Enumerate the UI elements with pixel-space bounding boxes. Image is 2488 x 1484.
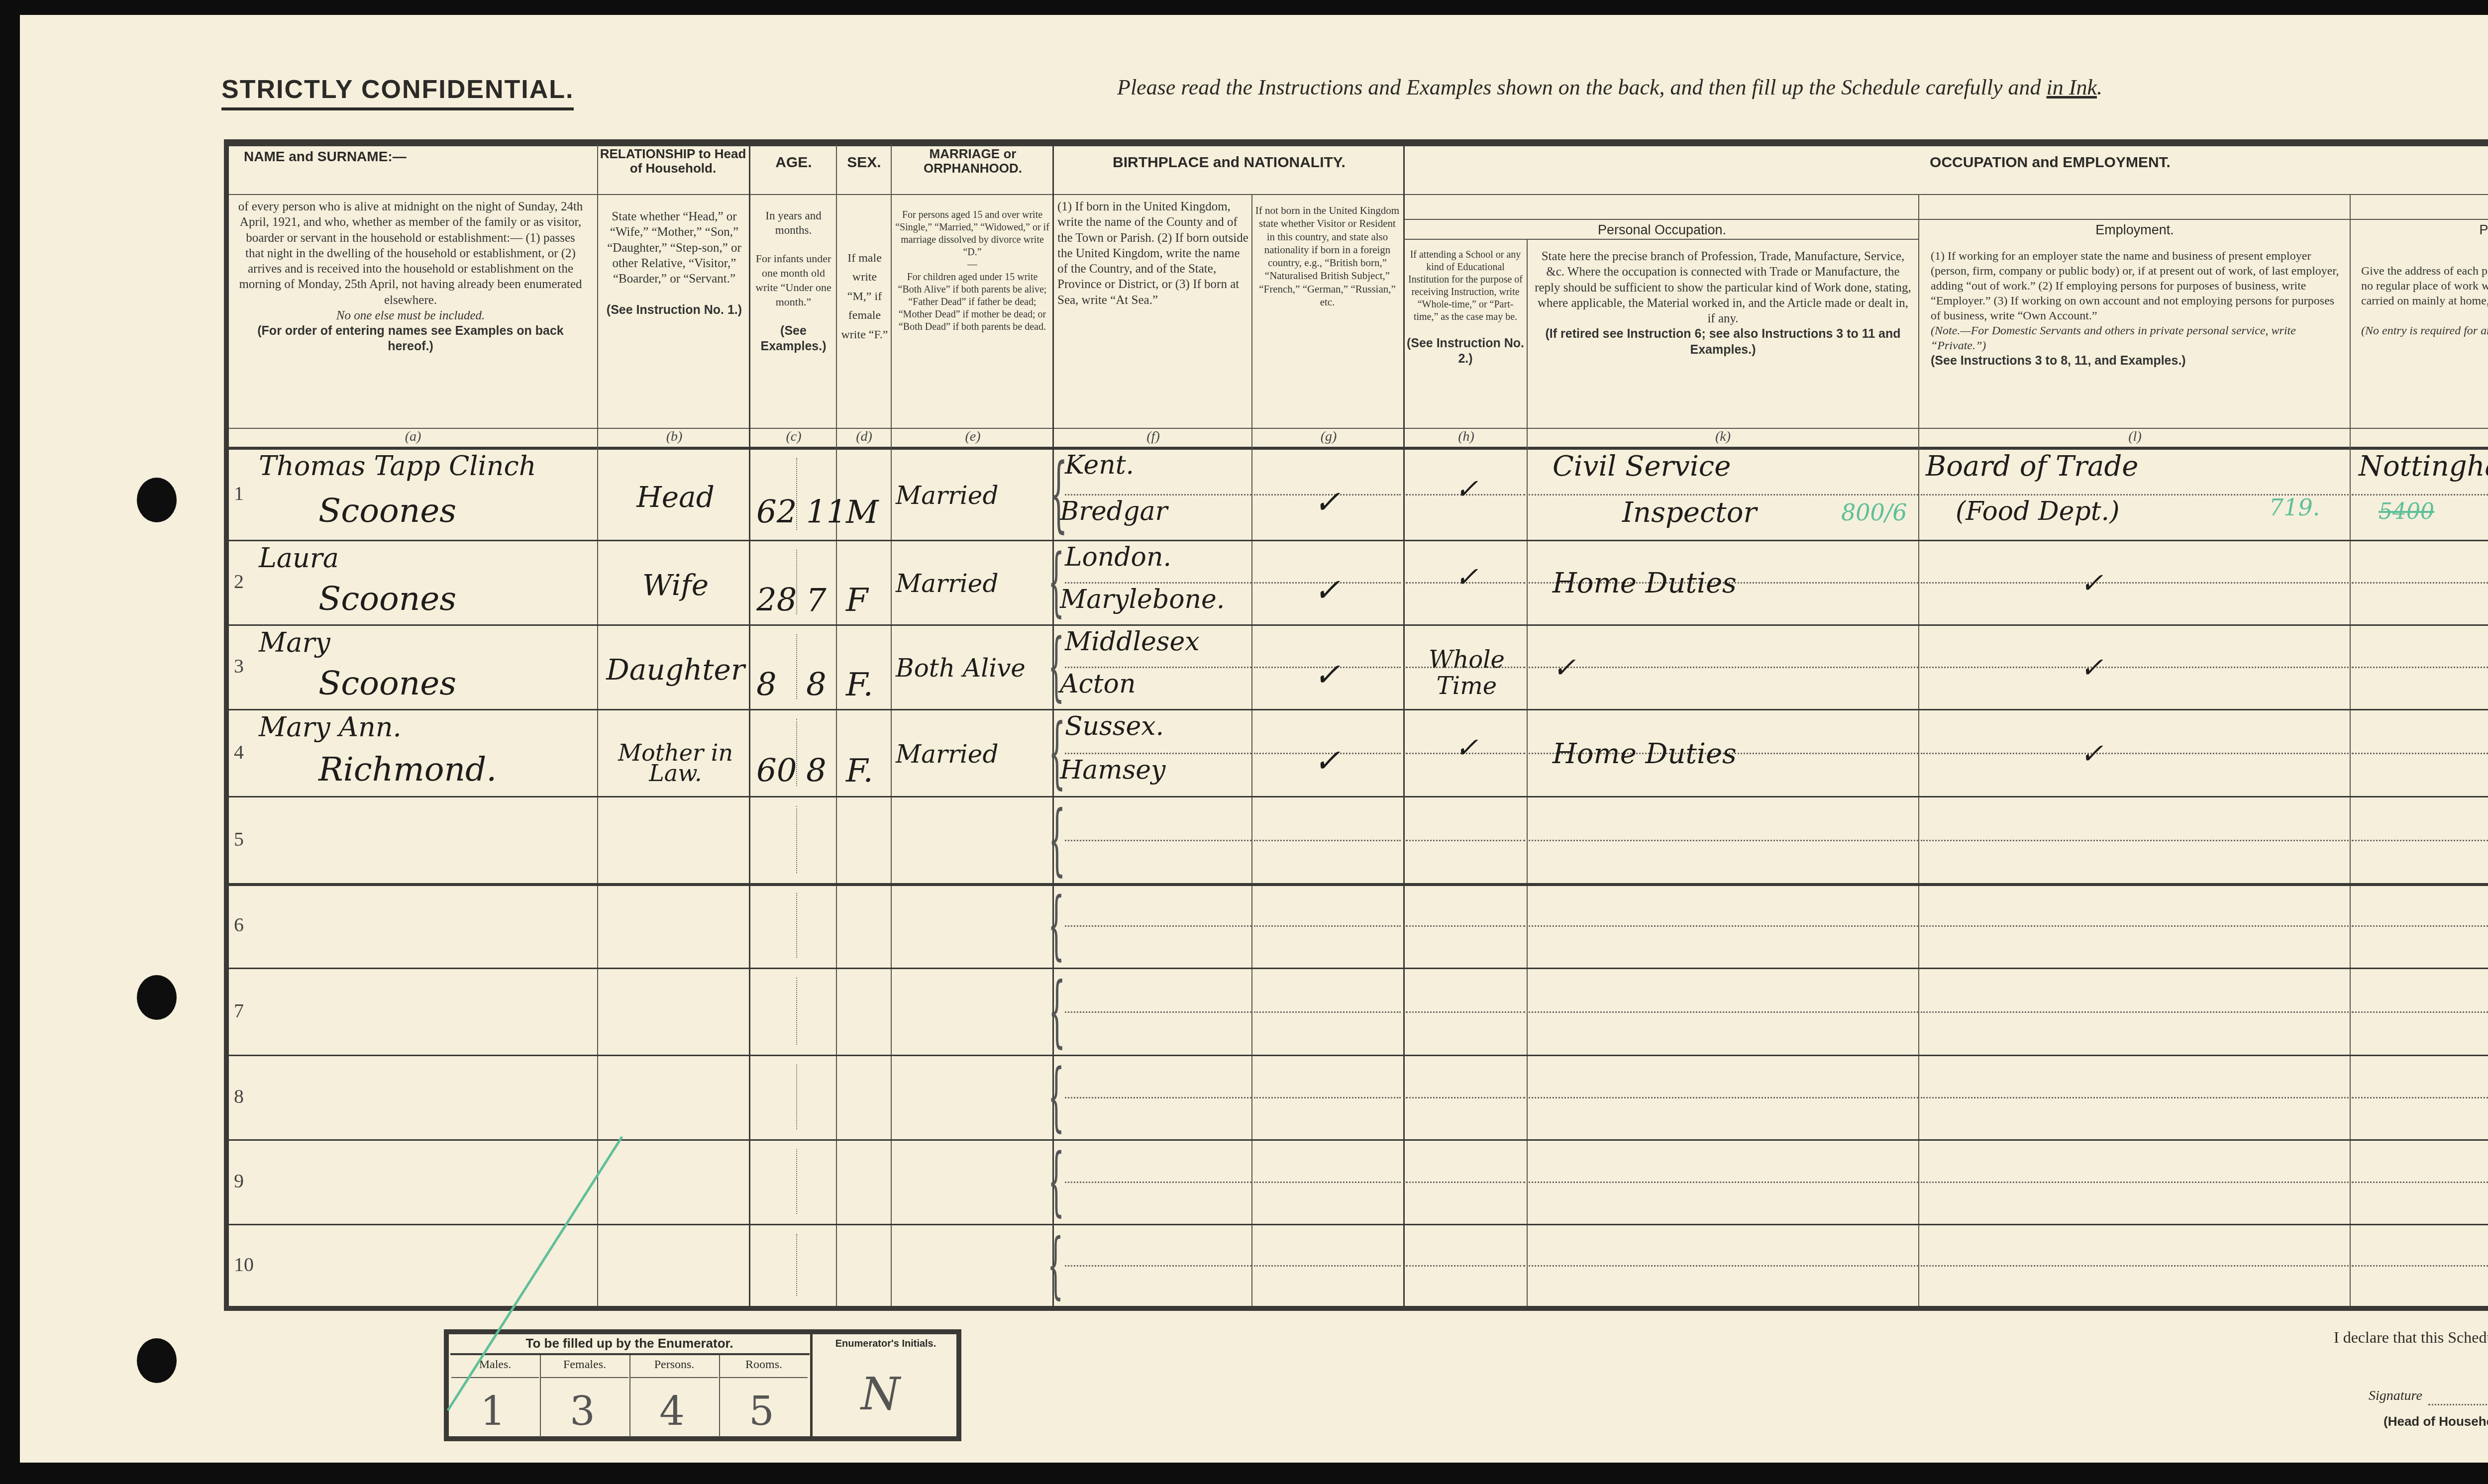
- surname-field[interactable]: Richmond.: [318, 750, 497, 789]
- divider: [1403, 239, 1918, 240]
- instruction-suffix: .: [2097, 75, 2102, 99]
- nationality-field[interactable]: ✓: [1314, 657, 1341, 693]
- relationship-field[interactable]: Head: [605, 484, 746, 510]
- brace-icon: {: [1048, 888, 1064, 963]
- marriage-field[interactable]: Married: [896, 484, 1050, 508]
- column-letter-b: (b): [600, 429, 749, 445]
- surname-field[interactable]: Scoones: [318, 492, 456, 530]
- enumerator-initials-label: Enumerator's Initials.: [814, 1338, 958, 1350]
- brace-icon: {: [1047, 1229, 1063, 1301]
- row-midline: [1254, 1182, 1401, 1183]
- header-marriage: MARRIAGE or ORPHANHOOD.: [893, 147, 1052, 175]
- instruction-line: Please read the Instructions and Example…: [1117, 75, 2102, 100]
- instructions-education-note: (See Instruction No. 2.): [1407, 336, 1524, 366]
- instructions-name-text: of every person who is alive at midnight…: [238, 200, 583, 307]
- instructions-personal-occupation-note: (If retired see Instruction 6; see also …: [1545, 327, 1900, 356]
- row-midline: [1529, 1265, 1918, 1267]
- instructions-marriage-text: For persons aged 15 and over write “Sing…: [895, 209, 1049, 258]
- employer-field[interactable]: Board of Trade: [1926, 450, 2138, 483]
- row-number: 8: [234, 1085, 244, 1108]
- education-field[interactable]: Whole Time: [1411, 647, 1523, 699]
- instructions-marriage: For persons aged 15 and over write “Sing…: [895, 209, 1050, 333]
- divider: [229, 194, 1055, 195]
- birth-town-field[interactable]: Marylebone.: [1060, 585, 1225, 614]
- column-letter-e: (e): [893, 429, 1052, 445]
- row-midline: [2352, 925, 2488, 927]
- age-separator: [796, 806, 797, 873]
- row-midline: [2352, 1097, 2488, 1098]
- birth-county-field[interactable]: Kent.: [1065, 450, 1134, 480]
- row-midline: [1065, 925, 1251, 927]
- row-divider: [229, 883, 2488, 886]
- instruction-ink: in Ink: [2047, 75, 2097, 99]
- row-midline: [2352, 1182, 2488, 1183]
- age-separator: [796, 1234, 797, 1296]
- age-years-field[interactable]: 60: [756, 753, 797, 790]
- header-age: AGE.: [751, 154, 836, 171]
- row-midline: [1065, 1097, 1251, 1098]
- sex-field[interactable]: F.: [846, 667, 873, 703]
- row-midline: [1065, 667, 1251, 668]
- count-label-persons: Persons.: [629, 1358, 719, 1372]
- divider: [720, 1377, 808, 1378]
- age-separator: [796, 893, 797, 958]
- sex-field[interactable]: M: [846, 494, 879, 531]
- row-number: 9: [234, 1169, 244, 1192]
- row-divider: [229, 540, 2488, 541]
- marriage-field[interactable]: Married: [896, 743, 1050, 767]
- instructions-place-of-work-text: Give the address of each person's place …: [2361, 265, 2488, 307]
- row-midline: [2352, 753, 2488, 754]
- row-midline: [1529, 494, 1918, 495]
- marriage-field[interactable]: Married: [896, 572, 1050, 596]
- instructions-marriage-note: For children aged under 15 write “Both A…: [898, 272, 1047, 332]
- header-name-surname: NAME and SURNAME:—: [244, 149, 443, 165]
- brace-icon: {: [1048, 801, 1066, 878]
- signature-note: (Head of Household, Manager of Establish…: [2384, 1414, 2488, 1429]
- sex-field[interactable]: F.: [846, 753, 873, 790]
- row-midline: [1406, 840, 1525, 841]
- count-value-persons[interactable]: 4: [659, 1388, 685, 1434]
- surname-field[interactable]: Scoones: [318, 580, 456, 618]
- col-divider-h-k: [1527, 239, 1528, 1306]
- instructions-education-text: If attending a School or any kind of Edu…: [1408, 249, 1523, 322]
- column-letter-h: (h): [1406, 429, 1527, 445]
- row-divider: [229, 796, 2488, 797]
- column-letter-g: (g): [1254, 429, 1403, 445]
- row-midline: [1406, 1097, 1525, 1098]
- row-number: 2: [234, 570, 244, 593]
- birth-town-field[interactable]: Bredgar: [1060, 496, 1167, 526]
- row-midline: [1406, 1265, 1525, 1267]
- instructions-education: If attending a School or any kind of Edu…: [1406, 249, 1525, 367]
- row-midline: [1406, 1182, 1525, 1183]
- row-midline: [1254, 925, 1401, 927]
- age-separator: [796, 1149, 797, 1214]
- instructions-age-note: For infants under one month old write “U…: [755, 252, 831, 307]
- instructions-name-note2: (For order of entering names see Example…: [257, 324, 563, 353]
- marriage-field[interactable]: Both Alive: [896, 657, 1050, 681]
- workplace-field[interactable]: Nottingham: [2359, 450, 2488, 483]
- header-sex: SEX.: [837, 154, 891, 171]
- age-months-field[interactable]: 8: [806, 667, 827, 703]
- age-separator: [796, 978, 797, 1045]
- row-midline: [1921, 753, 2349, 754]
- sex-field[interactable]: F: [846, 582, 868, 619]
- punch-hole: [137, 975, 177, 1020]
- workplace-code[interactable]: 5400: [2379, 499, 2434, 524]
- row-midline: [2352, 494, 2488, 495]
- birth-town-field[interactable]: Hamsey: [1060, 755, 1166, 785]
- divider: [810, 1333, 813, 1438]
- row-number: 3: [234, 654, 244, 678]
- age-months-field[interactable]: 7: [806, 582, 827, 619]
- row-number: 4: [234, 740, 244, 764]
- row-number: 10: [234, 1253, 254, 1276]
- brace-icon: {: [1048, 1060, 1064, 1134]
- row-midline: [1406, 925, 1525, 927]
- row-midline: [1529, 667, 1918, 668]
- row-number: 5: [234, 827, 244, 851]
- brace-icon: {: [1048, 973, 1066, 1050]
- header-place-of-work: Place of Work.: [2351, 223, 2488, 238]
- row-midline: [1921, 1011, 2349, 1013]
- education-field[interactable]: ✓: [1411, 733, 1523, 764]
- personal-occupation-field-2[interactable]: Inspector: [1622, 496, 1757, 529]
- instructions-personal-occupation: State here the precise branch of Profess…: [1533, 249, 1913, 358]
- count-value-rooms[interactable]: 5: [749, 1388, 774, 1434]
- instruction-text: Please read the Instructions and Example…: [1117, 75, 2047, 99]
- green-check-stroke: [438, 1134, 627, 1413]
- row-number: 7: [234, 999, 244, 1022]
- relationship-field[interactable]: Wife: [605, 572, 746, 598]
- row-midline: [1065, 494, 1251, 495]
- row-midline: [1921, 582, 2349, 584]
- relationship-field[interactable]: Daughter: [605, 657, 746, 683]
- personal-occupation-field[interactable]: Civil Service: [1553, 450, 1731, 483]
- page-title: STRICTLY CONFIDENTIAL.: [221, 75, 574, 110]
- instructions-relationship-text: State whether “Head,” or “Wife,” “Mother…: [607, 210, 741, 286]
- row-number: 1: [234, 482, 244, 505]
- signature-label: Signature: [2369, 1388, 2422, 1404]
- age-separator: [796, 634, 797, 699]
- row-divider: [229, 709, 2488, 710]
- divider: [1403, 194, 2488, 195]
- employer-field[interactable]: ✓: [2080, 652, 2103, 684]
- column-letter-m: (m): [2351, 429, 2488, 445]
- row-divider: [229, 1055, 2488, 1056]
- row-midline: [1529, 1011, 1918, 1013]
- row-midline: [2352, 1265, 2488, 1267]
- occupation-code[interactable]: 800/6: [1841, 499, 1907, 526]
- instructions-name: of every person who is alive at midnight…: [236, 199, 585, 355]
- employer-field[interactable]: ✓: [2080, 738, 2103, 770]
- header-employment: Employment.: [1921, 223, 2349, 238]
- instructions-name-note: No one else must be included.: [336, 309, 485, 322]
- instructions-nationality: If not born in the United Kingdom state …: [1254, 204, 1401, 308]
- instructions-relationship-note: (See Instruction No. 1.): [607, 303, 742, 317]
- instructions-employment: (1) If working for an employer state the…: [1931, 249, 2344, 369]
- birth-county-field[interactable]: Middlesex: [1065, 627, 1200, 657]
- row-midline: [1921, 667, 2349, 668]
- birth-county-field[interactable]: Sussex.: [1065, 711, 1164, 741]
- nationality-field[interactable]: ✓: [1314, 743, 1341, 780]
- row-midline: [1065, 582, 1251, 584]
- relationship-field[interactable]: Mother in Law.: [605, 743, 746, 784]
- instructions-employment-note2: (See Instructions 3 to 8, 11, and Exampl…: [1931, 354, 2186, 368]
- row-midline: [1065, 1011, 1251, 1013]
- age-years-field[interactable]: 62: [756, 494, 797, 531]
- col-divider-d-e: [891, 144, 892, 1306]
- instructions-relationship: State whether “Head,” or “Wife,” “Mother…: [602, 209, 746, 318]
- divider: [229, 447, 2488, 450]
- nationality-field[interactable]: ✓: [1314, 572, 1341, 609]
- declaration-text: I declare that this Schedule is correctl…: [2334, 1328, 2488, 1347]
- instructions-age-text: In years and months.: [765, 209, 821, 236]
- column-letter-d: (d): [837, 429, 891, 445]
- instructions-personal-occupation-text: State here the precise branch of Profess…: [1535, 250, 1911, 325]
- count-label-rooms: Rooms.: [719, 1358, 809, 1372]
- row-midline: [2352, 582, 2488, 584]
- row-midline: [2352, 667, 2488, 668]
- header-occupation: OCCUPATION and EMPLOYMENT.: [1406, 154, 2488, 171]
- column-letter-k: (k): [1528, 429, 1918, 445]
- instructions-sex: If male write “M,” if female write “F.”: [841, 249, 888, 344]
- instructions-birthplace: (1) If born in the United Kingdom, write…: [1057, 199, 1249, 308]
- row-midline: [1921, 1097, 2349, 1098]
- row-midline: [1065, 1182, 1251, 1183]
- age-years-field[interactable]: 8: [756, 667, 777, 703]
- instructions-employment-text: (1) If working for an employer state the…: [1931, 250, 2339, 322]
- header-relationship: RELATIONSHIP to Head of Household.: [600, 147, 746, 175]
- enumerator-initials-value[interactable]: N: [861, 1368, 900, 1420]
- divider: [1403, 219, 2488, 220]
- row-midline: [1254, 1265, 1401, 1267]
- instructions-age-note2: (See Examples.): [760, 324, 826, 353]
- row-midline: [1254, 840, 1401, 841]
- punch-hole: [137, 1338, 177, 1383]
- column-letter-c: (c): [751, 429, 836, 445]
- forename-field[interactable]: Laura: [259, 542, 339, 574]
- age-months-field[interactable]: 8: [806, 753, 827, 790]
- row-midline: [1921, 925, 2349, 927]
- employer-field[interactable]: ✓: [2080, 567, 2103, 599]
- employer-field-2[interactable]: (Food Dept.): [1956, 496, 2119, 526]
- nationality-field[interactable]: ✓: [1314, 484, 1341, 521]
- personal-occupation-field[interactable]: Home Duties: [1553, 738, 1737, 770]
- row-midline: [1254, 1011, 1401, 1013]
- employer-code[interactable]: 719.: [2269, 494, 2320, 521]
- row-number: 6: [234, 913, 244, 936]
- row-midline: [1921, 1265, 2349, 1267]
- row-midline: [1921, 840, 2349, 841]
- instructions-age: In years and months. For infants under o…: [752, 209, 834, 355]
- age-separator: [796, 1065, 797, 1129]
- personal-occupation-field[interactable]: Home Duties: [1553, 567, 1737, 599]
- row-midline: [1529, 925, 1918, 927]
- column-letter-l: (l): [1920, 429, 2350, 445]
- header-personal-occupation: Personal Occupation.: [1406, 223, 1918, 238]
- education-field[interactable]: ✓: [1411, 562, 1523, 593]
- birth-town-field[interactable]: Acton: [1060, 669, 1136, 699]
- header-birthplace: BIRTHPLACE and NATIONALITY.: [1055, 154, 1403, 171]
- birth-county-field[interactable]: London.: [1065, 542, 1171, 572]
- forename-field[interactable]: Mary: [259, 627, 330, 658]
- row-midline: [1065, 840, 1251, 841]
- col-divider-g-h: [1403, 144, 1405, 1306]
- personal-occupation-field[interactable]: ✓: [1553, 652, 1576, 684]
- column-letter-f: (f): [1055, 429, 1251, 445]
- col-divider-b-c: [749, 144, 750, 1306]
- age-years-field[interactable]: 28: [756, 582, 797, 619]
- instructions-place-of-work-note: (No entry is required for any person who…: [2361, 324, 2488, 337]
- row-midline: [2352, 840, 2488, 841]
- row-divider: [229, 624, 2488, 626]
- instructions-employment-note: (Note.—For Domestic Servants and others …: [1931, 324, 2296, 352]
- punch-hole: [137, 478, 177, 522]
- signature-line: [2428, 1404, 2488, 1405]
- row-midline: [2352, 1011, 2488, 1013]
- surname-field[interactable]: Scoones: [318, 664, 456, 702]
- forename-field[interactable]: Mary Ann.: [259, 711, 402, 743]
- row-midline: [1065, 1265, 1251, 1267]
- row-midline: [1529, 1182, 1918, 1183]
- brace-icon: {: [1048, 1144, 1064, 1219]
- instructions-place-of-work: Give the address of each person's place …: [2361, 264, 2488, 338]
- row-midline: [1529, 840, 1918, 841]
- forename-field[interactable]: Thomas Tapp Clinch: [259, 450, 536, 482]
- age-months-field[interactable]: 11: [806, 494, 846, 531]
- education-field[interactable]: ✓: [1411, 474, 1523, 505]
- col-divider-a-b: [597, 144, 598, 1306]
- row-midline: [1921, 1182, 2349, 1183]
- column-letter-a: (a): [229, 429, 597, 445]
- divider: [630, 1377, 718, 1378]
- row-midline: [1406, 1011, 1525, 1013]
- row-midline: [1065, 753, 1251, 754]
- row-midline: [1529, 1097, 1918, 1098]
- row-divider: [229, 968, 2488, 969]
- col-divider-c-d: [836, 144, 837, 1306]
- row-midline: [1254, 1097, 1401, 1098]
